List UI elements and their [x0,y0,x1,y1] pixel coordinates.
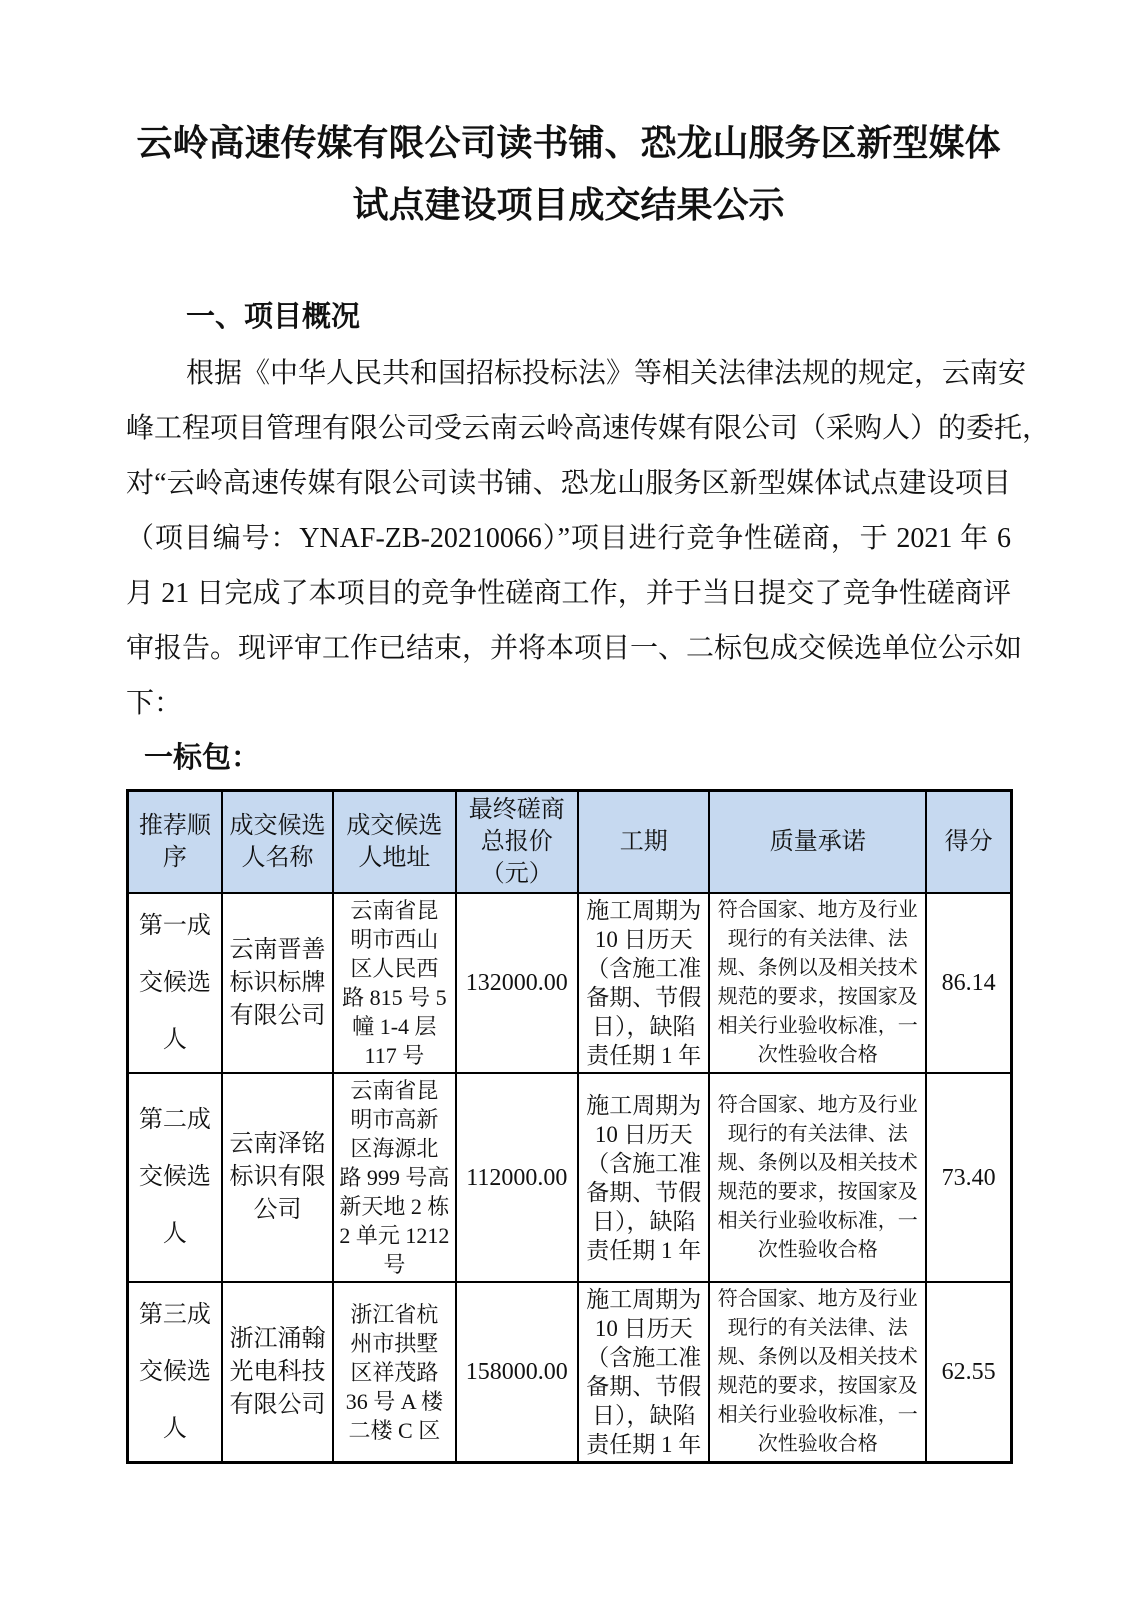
cell-name: 云南泽铭 标识有限 公司 [222,1073,333,1282]
column-header: 工期 [578,791,709,894]
table-row: 第三成 交候选 人浙江涌翰 光电科技 有限公司浙江省杭 州市拱墅 区祥茂路 36… [128,1282,1012,1463]
results-table: 推荐顺 序成交候选 人名称成交候选 人地址最终磋商 总报价 （元）工期质量承诺得… [126,789,1013,1464]
cell-quality: 符合国家、地方及行业 现行的有关法律、法 规、条例以及相关技术 规范的要求，按国… [709,1282,926,1463]
cell-name: 浙江涌翰 光电科技 有限公司 [222,1282,333,1463]
cell-quality: 符合国家、地方及行业 现行的有关法律、法 规、条例以及相关技术 规范的要求，按国… [709,1073,926,1282]
table-header-row: 推荐顺 序成交候选 人名称成交候选 人地址最终磋商 总报价 （元）工期质量承诺得… [128,791,1012,894]
title-line-1: 云岭高速传媒有限公司读书铺、恐龙山服务区新型媒体 [126,112,1011,174]
cell-score: 62.55 [926,1282,1011,1463]
paragraph-line: （项目编号：YNAF-ZB-20210066）”项目进行竞争性磋商，于 2021… [126,511,1011,566]
cell-price: 158000.00 [456,1282,578,1463]
cell-address: 云南省昆 明市高新 区海源北 路 999 号高 新天地 2 栋 2 单元 121… [333,1073,455,1282]
section-heading: 一、项目概况 [126,296,1011,338]
cell-duration: 施工周期为 10 日历天 （含施工准 备期、节假 日），缺陷 责任期 1 年 [578,1073,709,1282]
cell-price: 132000.00 [456,893,578,1073]
cell-address: 浙江省杭 州市拱墅 区祥茂路 36 号 A 楼 二楼 C 区 [333,1282,455,1463]
cell-rank: 第二成 交候选 人 [128,1073,222,1282]
table-body: 第一成 交候选 人云南晋善 标识标牌 有限公司云南省昆 明市西山 区人民西 路 … [128,893,1012,1463]
column-header: 成交候选 人地址 [333,791,455,894]
table-row: 第一成 交候选 人云南晋善 标识标牌 有限公司云南省昆 明市西山 区人民西 路 … [128,893,1012,1073]
paragraph-line: 峰工程项目管理有限公司受云南云岭高速传媒有限公司（采购人）的委托， [126,401,1011,456]
paragraph-line: 下： [126,676,1011,731]
cell-price: 112000.00 [456,1073,578,1282]
column-header: 推荐顺 序 [128,791,222,894]
body-paragraph: 根据《中华人民共和国招标投标法》等相关法律法规的规定，云南安峰工程项目管理有限公… [126,346,1011,731]
cell-score: 73.40 [926,1073,1011,1282]
table-row: 第二成 交候选 人云南泽铭 标识有限 公司云南省昆 明市高新 区海源北 路 99… [128,1073,1012,1282]
lot-label: 一标包： [126,731,1011,785]
column-header: 质量承诺 [709,791,926,894]
cell-address: 云南省昆 明市西山 区人民西 路 815 号 5 幢 1-4 层 117 号 [333,893,455,1073]
cell-duration: 施工周期为 10 日历天 （含施工准 备期、节假 日），缺陷 责任期 1 年 [578,893,709,1073]
cell-quality: 符合国家、地方及行业 现行的有关法律、法 规、条例以及相关技术 规范的要求，按国… [709,893,926,1073]
cell-rank: 第三成 交候选 人 [128,1282,222,1463]
cell-rank: 第一成 交候选 人 [128,893,222,1073]
cell-score: 86.14 [926,893,1011,1073]
paragraph-line: 审报告。现评审工作已结束，并将本项目一、二标包成交候选单位公示如 [126,621,1011,676]
column-header: 成交候选 人名称 [222,791,333,894]
title-line-2: 试点建设项目成交结果公示 [126,174,1011,236]
paragraph-line: 根据《中华人民共和国招标投标法》等相关法律法规的规定，云南安 [126,346,1011,401]
document-page: 云岭高速传媒有限公司读书铺、恐龙山服务区新型媒体 试点建设项目成交结果公示 一、… [0,0,1131,1600]
paragraph-line: 对“云岭高速传媒有限公司读书铺、恐龙山服务区新型媒体试点建设项目 [126,456,1011,511]
paragraph-line: 月 21 日完成了本项目的竞争性磋商工作，并于当日提交了竞争性磋商评 [126,566,1011,621]
document-title: 云岭高速传媒有限公司读书铺、恐龙山服务区新型媒体 试点建设项目成交结果公示 [126,112,1011,236]
column-header: 最终磋商 总报价 （元） [456,791,578,894]
cell-name: 云南晋善 标识标牌 有限公司 [222,893,333,1073]
column-header: 得分 [926,791,1011,894]
cell-duration: 施工周期为 10 日历天 （含施工准 备期、节假 日），缺陷 责任期 1 年 [578,1282,709,1463]
document-content: 云岭高速传媒有限公司读书铺、恐龙山服务区新型媒体 试点建设项目成交结果公示 一、… [126,112,1011,1464]
